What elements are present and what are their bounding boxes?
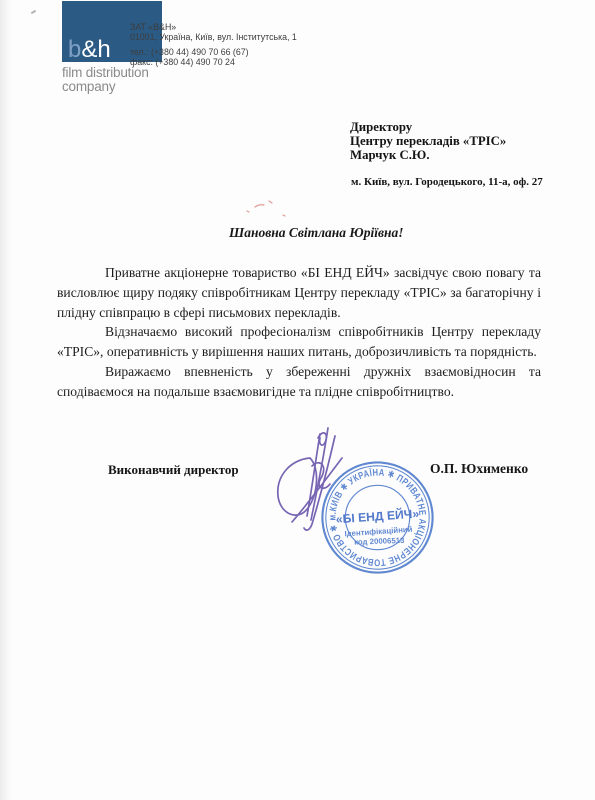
recipient-address: м. Київ, вул. Городецького, 11-а, оф. 27 <box>351 176 543 188</box>
body-paragraph-2: Відзначаємо високий професіоналізм співр… <box>57 322 541 362</box>
logo-letters-amp-h: &h <box>81 36 110 63</box>
bh-logo-wordmark: b&h <box>68 38 111 62</box>
recipient-title: Директору <box>350 121 506 135</box>
letter-body: Приватне акціонерне товариство «БІ ЕНД Е… <box>57 263 541 402</box>
recipient-person: Марчук С.Ю. <box>350 149 506 163</box>
body-paragraph-1: Приватне акціонерне товариство «БІ ЕНД Е… <box>57 263 541 322</box>
tagline-line1: film distribution <box>62 66 149 80</box>
company-fax: факс: (+380 44) 490 70 24 <box>130 57 297 67</box>
signer-name: О.П. Юхименко <box>430 461 528 477</box>
recipient-organization: Центру перекладів «ТРІС» <box>350 135 506 149</box>
salutation: Шановна Світлана Юріївна! <box>229 225 403 241</box>
stamp-center-name: «БІ ЕНД ЕЙЧ» <box>335 506 420 527</box>
letter-page: b&h film distribution company ЗАТ «B&H» … <box>0 0 595 800</box>
signer-title: Виконавчий директор <box>108 462 239 478</box>
company-name: ЗАТ «B&H» <box>130 22 297 32</box>
red-pen-marks <box>242 194 297 222</box>
company-address: 01001, Україна, Київ, вул. Інститутська,… <box>130 32 297 42</box>
company-phone: тел.: (+380 44) 490 70 66 (67) <box>130 47 297 57</box>
logo-letter-b: b <box>68 36 81 63</box>
scan-artifact-speck <box>31 10 36 14</box>
tagline-line2: company <box>62 80 149 94</box>
corporate-stamp: м.КИЇВ ✱ УКРАЇНА ✱ ПРИВАТНЕ АКЦІОНЕРНЕ Т… <box>315 455 440 580</box>
stamp-id-code: код 20006513 <box>354 536 405 547</box>
company-info-block: ЗАТ «B&H» 01001, Україна, Київ, вул. Інс… <box>130 22 297 67</box>
recipient-block: Директору Центру перекладів «ТРІС» Марчу… <box>350 121 506 162</box>
scan-artifact-left-edge <box>0 0 12 800</box>
logo-tagline: film distribution company <box>62 66 149 93</box>
body-paragraph-3: Виражаємо впевненість у збереженні дружн… <box>57 362 541 402</box>
